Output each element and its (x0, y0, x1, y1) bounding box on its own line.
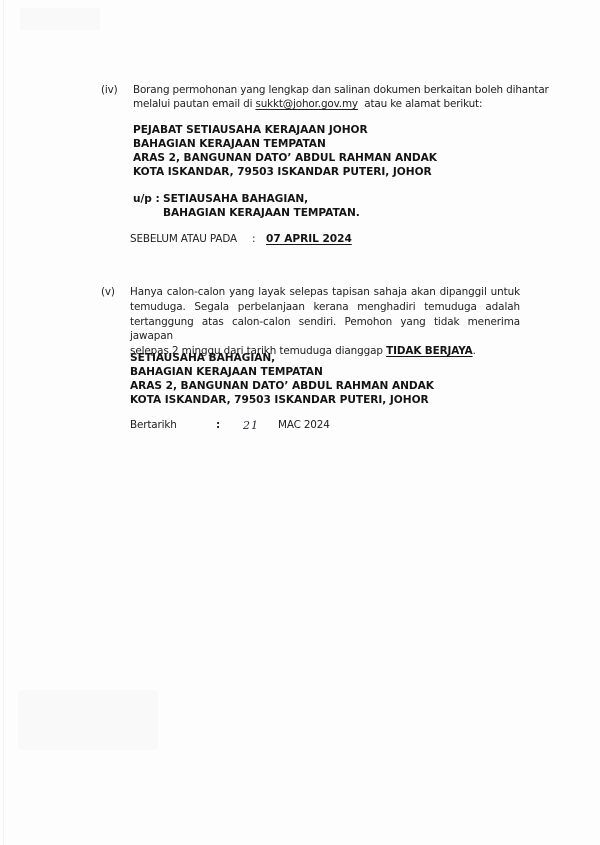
section-iv-line2-suffix: atau ke alamat berikut: (358, 98, 482, 110)
attention-line2: BAHAGIAN KERAJAAN TEMPATAN. (163, 207, 360, 219)
date-colon: : (216, 419, 220, 431)
section-iv-line2-prefix: melalui pautan email di (133, 98, 255, 110)
address-line: ARAS 2, BANGUNAN DATO’ ABDUL RAHMAN ANDA… (133, 152, 437, 164)
section-v-marker: (v) (101, 286, 115, 298)
signature-line: ARAS 2, BANGUNAN DATO’ ABDUL RAHMAN ANDA… (130, 380, 434, 392)
attention-line1: SETIAUSAHA BAHAGIAN, (163, 193, 308, 205)
scan-artifact (18, 690, 158, 750)
section-iv-marker: (iv) (101, 84, 118, 96)
handwritten-day: 21 (243, 419, 259, 432)
signature-line: KOTA ISKANDAR, 79503 ISKANDAR PUTERI, JO… (130, 394, 429, 406)
signature-line: BAHAGIAN KERAJAAN TEMPATAN (130, 366, 323, 378)
section-v-line: temuduga. Segala perbelanjaan kerana men… (130, 300, 520, 315)
address-line: KOTA ISKANDAR, 79503 ISKANDAR PUTERI, JO… (133, 166, 432, 178)
deadline-label: SEBELUM ATAU PADA (130, 233, 237, 245)
deadline-colon: : (252, 233, 255, 245)
section-v-line4-suffix: . (473, 345, 476, 357)
section-v-paragraph: Hanya calon-calon yang layak selepas tap… (130, 285, 520, 359)
section-v-line: tertanggung atas calon-calon sendiri. Pe… (130, 315, 520, 345)
section-iv-line1: Borang permohonan yang lengkap dan salin… (133, 84, 549, 96)
email-link[interactable]: sukkt@johor.gov.my (255, 98, 357, 110)
not-successful-emphasis: TIDAK BERJAYA (386, 345, 473, 357)
scan-artifact (20, 8, 100, 30)
attention-prefix: u/p : (133, 193, 160, 205)
address-line: PEJABAT SETIAUSAHA KERAJAAN JOHOR (133, 124, 368, 136)
page-edge (3, 0, 4, 845)
date-month-year: MAC 2024 (278, 419, 330, 431)
section-iv-line2: melalui pautan email di sukkt@johor.gov.… (133, 98, 482, 110)
address-line: BAHAGIAN KERAJAAN TEMPATAN (133, 138, 326, 150)
section-v-line: Hanya calon-calon yang layak selepas tap… (130, 285, 520, 300)
signature-line: SETIAUSAHA BAHAGIAN, (130, 352, 275, 364)
date-label: Bertarikh (130, 419, 177, 431)
deadline-date: 07 APRIL 2024 (266, 233, 352, 245)
